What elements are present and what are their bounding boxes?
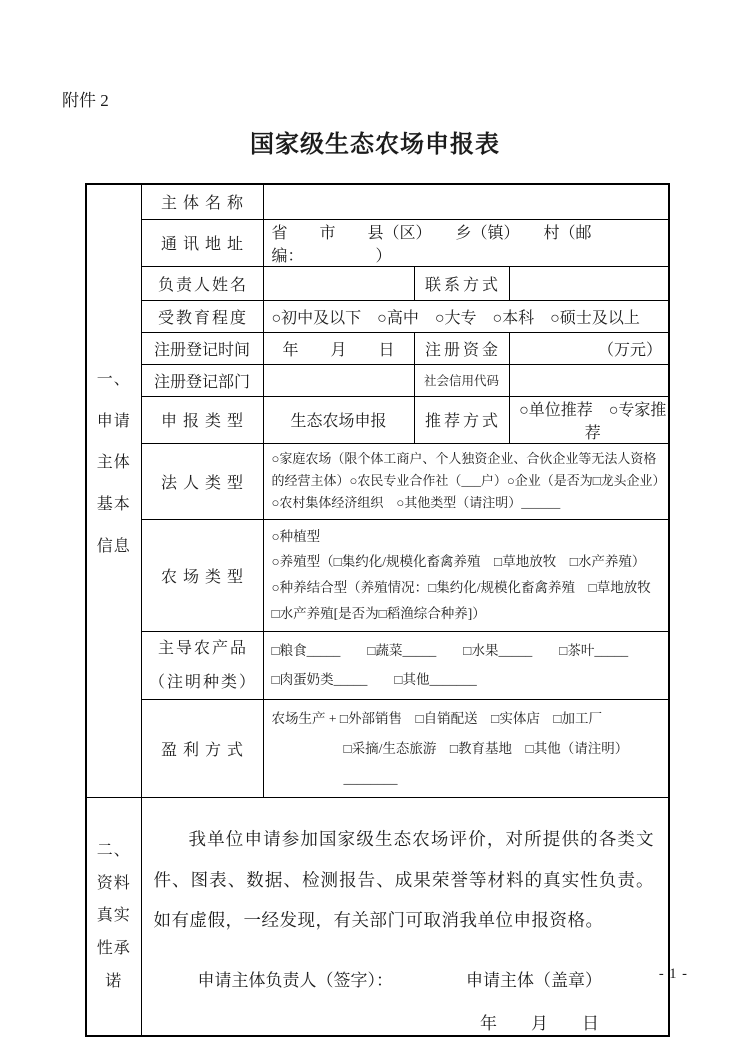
legal-type-line: ○农村集体经济组织 ○其他类型（请注明）______ — [272, 492, 663, 514]
pledge-paragraph: 我单位申请参加国家级生态农场评价，对所提供的各类文件、图表、数据、检测报告、成果… — [154, 819, 655, 940]
section2-label-line: 性承 — [87, 933, 141, 966]
signature-left-label[interactable]: 申请主体负责人（签字）： — [198, 966, 394, 991]
recommend-options[interactable]: ○单位推荐 ○专家推荐 — [509, 396, 669, 443]
credit-code-label: 社会信用代码 — [414, 364, 509, 396]
stamp-label[interactable]: 申请主体（盖章） — [466, 966, 602, 991]
application-form-table: 一、 申请 主体 基本 信息 主体名称 通讯地址 省 市 县（区） 乡（镇） 村… — [85, 183, 670, 1037]
reg-capital-field[interactable]: （万元） — [509, 332, 669, 364]
section2-label: 二、 资料 真实 性承 诺 — [86, 798, 141, 1036]
section2-label-line: 真实 — [87, 900, 141, 933]
signature-row: 申请主体负责人（签字）： 申请主体（盖章） 年 月 日 — [154, 966, 655, 1034]
contact-field[interactable] — [509, 266, 669, 300]
reg-dept-field[interactable] — [263, 364, 414, 396]
main-products-line: □肉蛋奶类_____ □其他_______ — [272, 666, 663, 694]
reg-time-label: 注册登记时间 — [141, 332, 263, 364]
legal-type-options[interactable]: ○家庭农场（限个体工商户、个人独资企业、合伙企业等无法人资格 的经营主体）○农民… — [263, 443, 669, 519]
section2-label-line: 诺 — [87, 966, 141, 999]
section2-label-line: 资料 — [87, 868, 141, 901]
farm-type-line: ○养殖型（□集约化/规模化畜禽养殖 □草地放牧 □水产养殖） — [272, 549, 663, 575]
date-line[interactable]: 年 月 日 — [466, 1009, 602, 1034]
profit-mode-options[interactable]: 农场生产 + □外部销售 □自销配送 □实体店 □加工厂 □采摘/生态旅游 □教… — [263, 700, 669, 798]
person-name-label: 负责人姓名 — [141, 266, 263, 300]
subject-name-label: 主体名称 — [141, 184, 263, 219]
page-number: - 1 - — [659, 966, 688, 983]
attachment-label: 附件 2 — [62, 86, 109, 111]
section1-label-line: 一、 — [87, 359, 141, 401]
profit-mode-line: □采摘/生态旅游 □教育基地 □其他（请注明）________ — [272, 734, 663, 793]
farm-type-options[interactable]: ○种植型 ○养殖型（□集约化/规模化畜禽养殖 □草地放牧 □水产养殖） ○种养结… — [263, 519, 669, 632]
main-products-label: 主导农产品 （注明种类） — [141, 632, 263, 700]
legal-type-label: 法人类型 — [141, 443, 263, 519]
apply-type-label: 申报类型 — [141, 396, 263, 443]
section2-label-line: 二、 — [87, 835, 141, 868]
main-products-line: □粮食_____ □蔬菜_____ □水果_____ □茶叶_____ — [272, 637, 663, 665]
farm-type-line: ○种养结合型（养殖情况：□集约化/规模化畜禽养殖 □草地放牧 — [272, 575, 663, 601]
document-page: 附件 2 国家级生态农场申报表 一、 申请 主体 基本 信息 主体名称 通讯地址… — [0, 0, 750, 1060]
signature-right-block: 申请主体（盖章） 年 月 日 — [466, 966, 602, 1034]
legal-type-line: 的经营主体）○农民专业合作社（___户）○企业（是否为□龙头企业） — [272, 470, 663, 492]
reg-time-field[interactable]: 年 月 日 — [263, 332, 414, 364]
education-options[interactable]: ○初中及以下 ○高中 ○大专 ○本科 ○硕士及以上 — [263, 300, 669, 332]
main-products-options[interactable]: □粮食_____ □蔬菜_____ □水果_____ □茶叶_____ □肉蛋奶… — [263, 632, 669, 700]
reg-capital-label: 注册资金 — [414, 332, 509, 364]
address-field[interactable]: 省 市 县（区） 乡（镇） 村（邮编： ） — [263, 219, 669, 266]
profit-mode-line: 农场生产 + □外部销售 □自销配送 □实体店 □加工厂 — [272, 704, 663, 734]
section1-label-line: 主体 — [87, 442, 141, 484]
credit-code-field[interactable] — [509, 364, 669, 396]
recommend-label: 推荐方式 — [414, 396, 509, 443]
section1-label-line: 基本 — [87, 484, 141, 526]
contact-label: 联系方式 — [414, 266, 509, 300]
subject-name-field[interactable] — [263, 184, 669, 219]
section1-label-line: 申请 — [87, 401, 141, 443]
legal-type-line: ○家庭农场（限个体工商户、个人独资企业、合伙企业等无法人资格 — [272, 448, 663, 470]
reg-dept-label: 注册登记部门 — [141, 364, 263, 396]
address-label: 通讯地址 — [141, 219, 263, 266]
person-name-field[interactable] — [263, 266, 414, 300]
page-title: 国家级生态农场申报表 — [0, 124, 750, 159]
section1-label-line: 信息 — [87, 526, 141, 568]
farm-type-line: ○种植型 — [272, 524, 663, 550]
pledge-cell: 我单位申请参加国家级生态农场评价，对所提供的各类文件、图表、数据、检测报告、成果… — [141, 798, 669, 1036]
farm-type-line: □水产养殖[是否为□稻渔综合种养]） — [272, 601, 663, 627]
profit-mode-label: 盈利方式 — [141, 700, 263, 798]
education-label: 受教育程度 — [141, 300, 263, 332]
section1-label: 一、 申请 主体 基本 信息 — [86, 184, 141, 798]
farm-type-label: 农场类型 — [141, 519, 263, 632]
apply-type-value: 生态农场申报 — [263, 396, 414, 443]
